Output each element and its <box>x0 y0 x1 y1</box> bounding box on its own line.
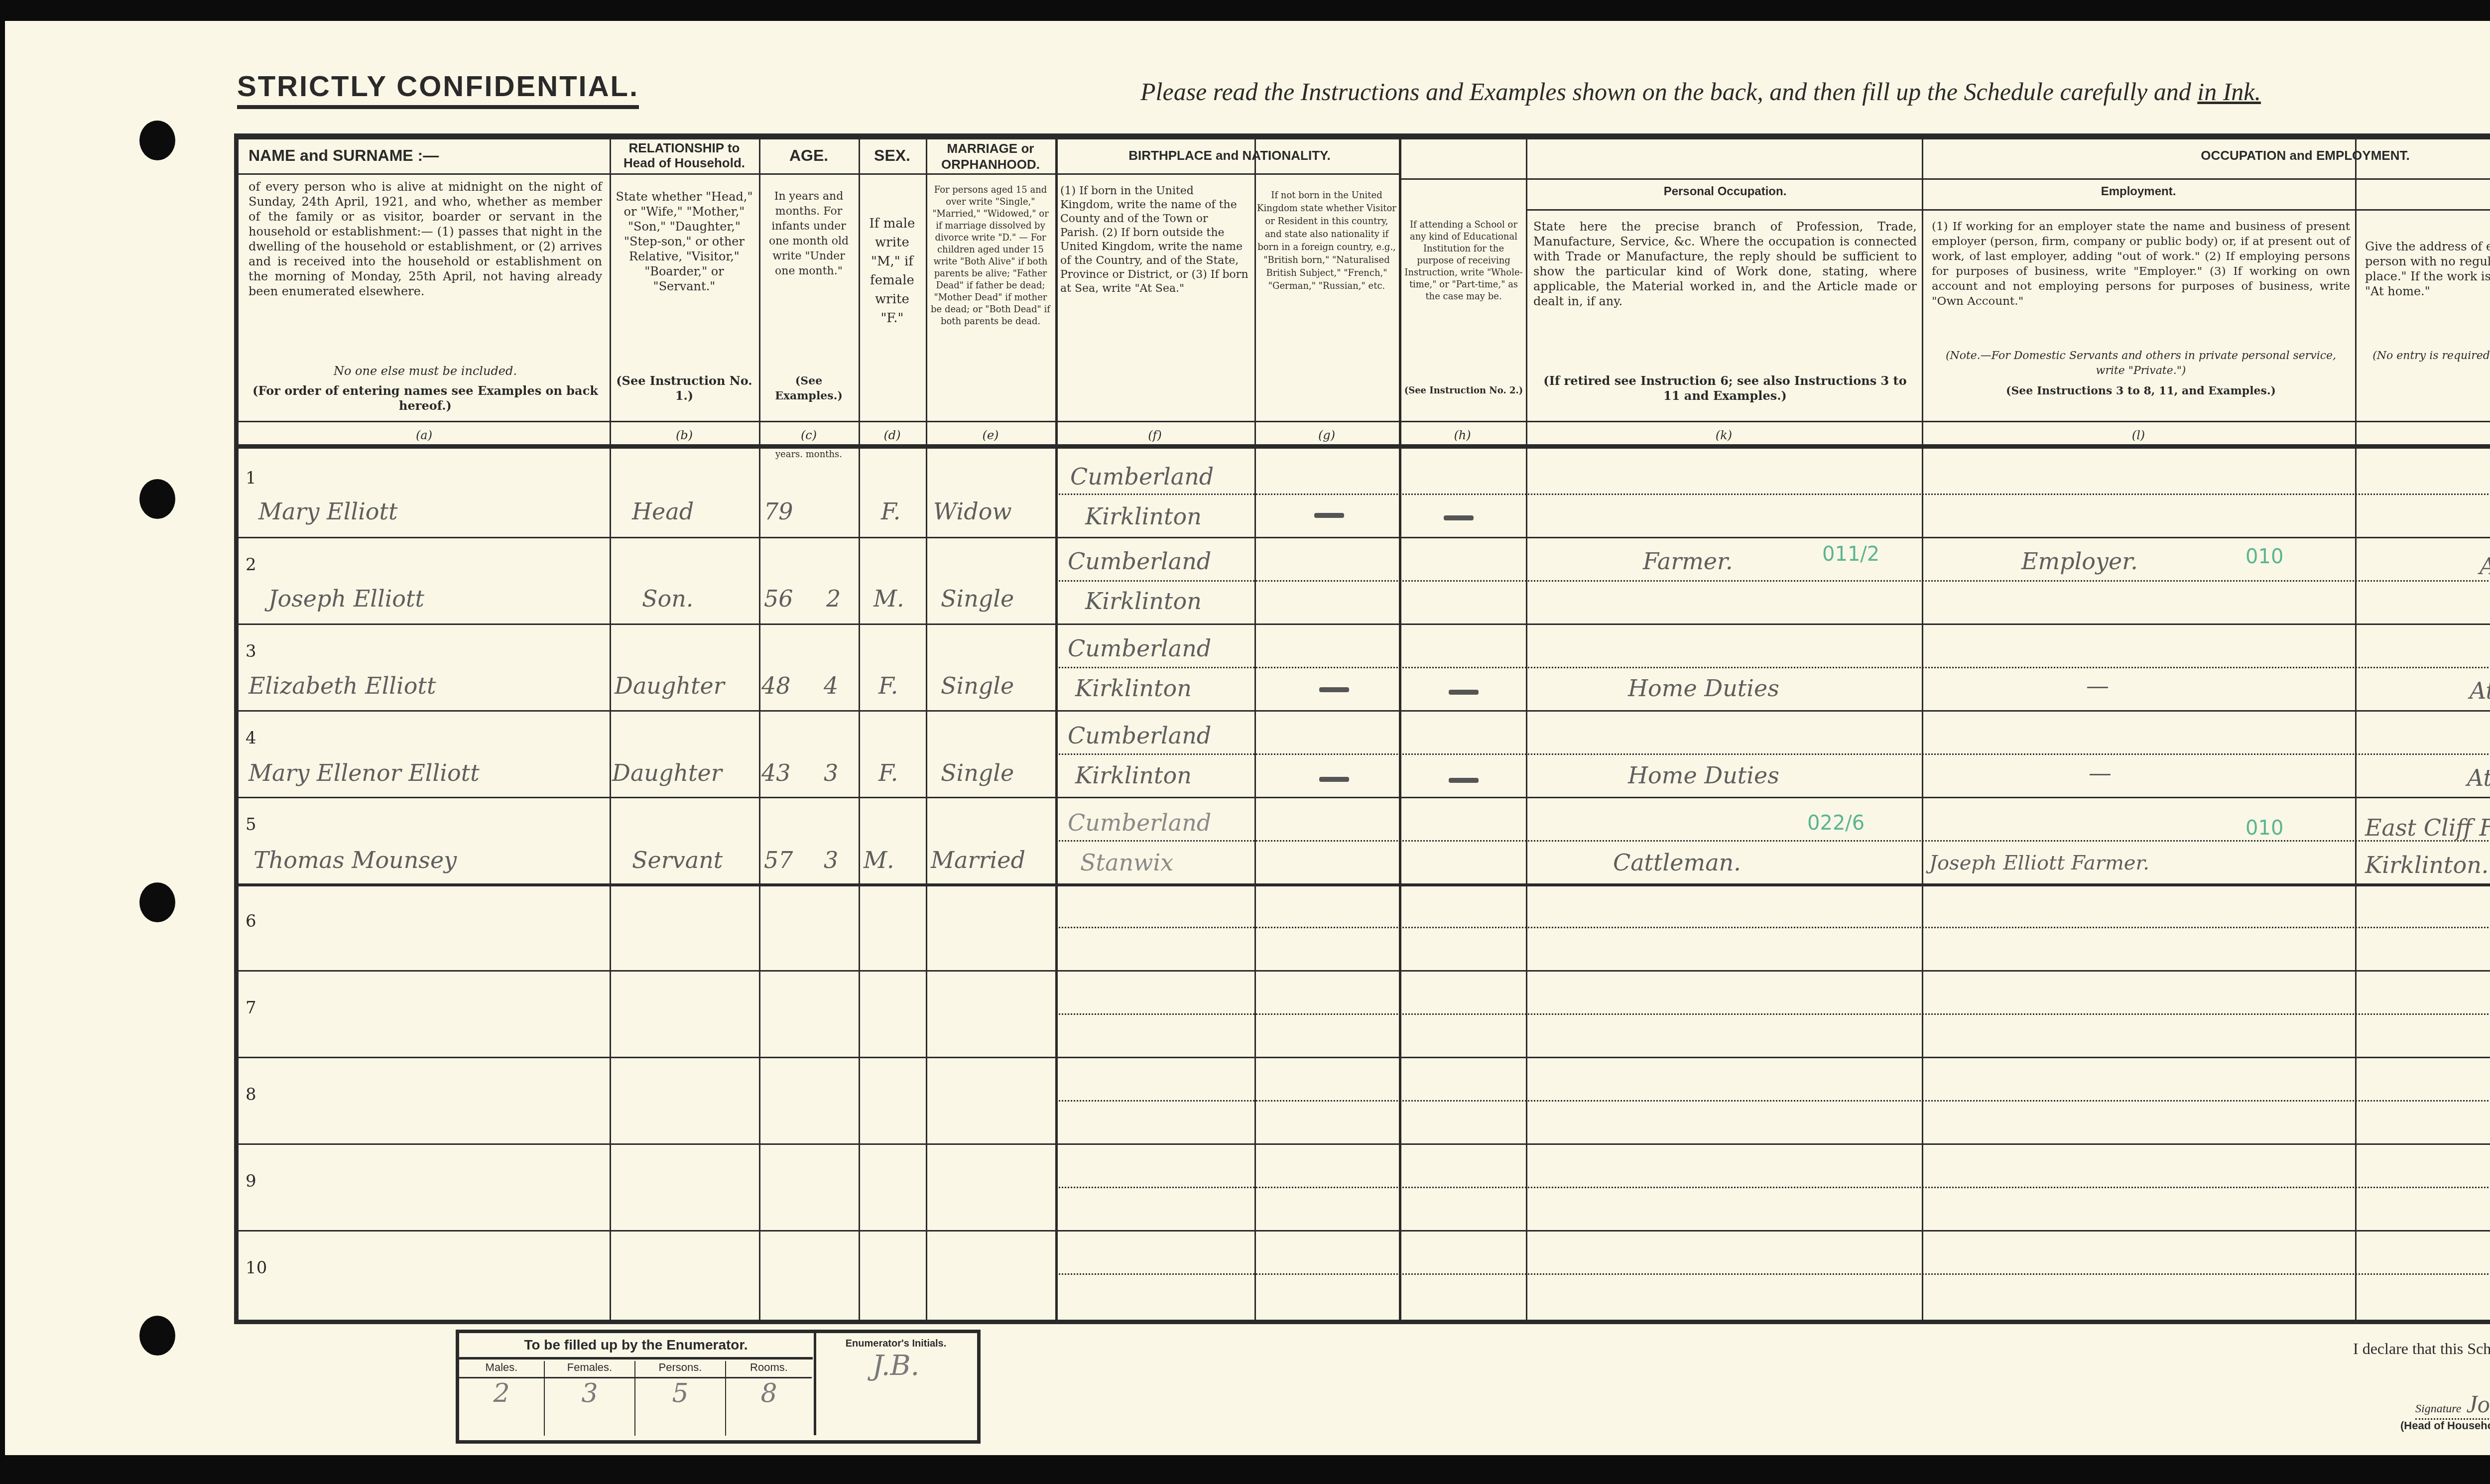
nationality-dash <box>1319 777 1349 782</box>
age-months-cell[interactable]: 2 <box>826 585 841 612</box>
declaration-text: I declare that this Schedule is correctl… <box>2353 1340 2490 1358</box>
col-divider <box>610 139 611 1320</box>
females-label: Females. <box>545 1361 634 1378</box>
instruction-ink: in Ink. <box>2197 78 2261 106</box>
nationality-dash <box>1314 513 1344 518</box>
punch-hole <box>139 882 175 922</box>
employment-code: 010 <box>2245 545 2283 568</box>
education-dash <box>1449 778 1479 783</box>
census-form-table: NAME and SURNAME :— of every person who … <box>234 133 2490 1324</box>
males-label: Males. <box>459 1361 544 1378</box>
rule <box>239 444 2490 449</box>
col-d-text: If male write "M," if female write "F." <box>864 214 921 328</box>
row-number: 10 <box>246 1258 267 1278</box>
row-rule <box>239 1057 2490 1058</box>
education-dash <box>1444 515 1474 520</box>
enumerator-summary-box: To be filled up by the Enumerator. Males… <box>456 1330 981 1444</box>
col-c-footer: (See Examples.) <box>764 373 854 403</box>
nationality-dash <box>1319 687 1349 692</box>
row-rule <box>239 1143 2490 1145</box>
birth-county-cell[interactable]: Cumberland <box>1068 548 1211 575</box>
row-rule <box>239 797 2490 798</box>
signature-caption: (Head of Household, Manager of Establish… <box>2400 1419 2490 1432</box>
age-years-cell[interactable]: 79 <box>764 498 793 525</box>
birth-county-cell[interactable]: Cumberland <box>1068 722 1211 749</box>
rule <box>1526 209 2490 211</box>
col-h-text: If attending a School or any kind of Edu… <box>1404 219 1523 303</box>
row-number: 3 <box>246 641 256 661</box>
col-b-footer: (See Instruction No. 1.) <box>615 373 754 403</box>
col-b-title: RELATIONSHIP to Head of Household. <box>612 140 756 170</box>
col-h-footer: (See Instruction No. 2.) <box>1404 383 1523 398</box>
col-divider <box>859 139 860 1320</box>
relationship-cell[interactable]: Head <box>632 498 694 525</box>
instruction-line: Please read the Instructions and Example… <box>1140 77 2261 106</box>
employment-code: 010 <box>2245 817 2283 840</box>
row-number: 9 <box>246 1171 256 1191</box>
sex-cell[interactable]: F. <box>878 759 898 786</box>
employment-cell[interactable]: — <box>2086 672 2109 699</box>
name-cell[interactable]: Mary Elliott <box>258 498 398 525</box>
col-e-text: For persons aged 15 and over write "Sing… <box>931 184 1050 328</box>
col-letter: (h) <box>1399 428 1526 442</box>
col-letter: (g) <box>1254 428 1399 442</box>
relationship-cell[interactable]: Daughter <box>612 759 722 786</box>
persons-cell: Persons. 5 <box>635 1361 726 1436</box>
name-cell[interactable]: Joseph Elliott <box>268 585 424 612</box>
punch-hole <box>139 1316 175 1356</box>
age-months-cell[interactable]: 4 <box>824 672 838 699</box>
col-b-text: State whether "Head," or "Wife," "Mother… <box>615 189 754 294</box>
signature-label: Signature <box>2415 1402 2461 1415</box>
col-letter: (b) <box>610 428 759 442</box>
col-letter: (l) <box>1922 428 2355 442</box>
row-mid-rule <box>1055 580 2490 582</box>
age-months-cell[interactable]: 3 <box>824 759 838 786</box>
col-letter: (e) <box>926 428 1055 442</box>
enumerator-box-header: To be filled up by the Enumerator. <box>459 1333 813 1360</box>
col-l-footer: (See Instructions 3 to 8, 11, and Exampl… <box>1932 383 2350 398</box>
row-mid-rule <box>1055 840 2490 842</box>
col-letter: (k) <box>1526 428 1922 442</box>
rooms-label: Rooms. <box>726 1361 812 1378</box>
col-m-title: Place of Work. <box>2360 189 2490 204</box>
col-a-title: NAME and SURNAME :— <box>249 146 439 164</box>
col-letter: (c) <box>759 428 859 442</box>
col-divider <box>1922 139 1923 1320</box>
punch-hole <box>139 121 175 160</box>
workplace-cell-2[interactable]: Kirklinton. <box>2365 852 2489 878</box>
marriage-cell[interactable]: Single <box>941 759 1014 786</box>
employment-cell[interactable]: Joseph Elliott Farmer. <box>1929 852 2149 874</box>
occupation-cell[interactable]: Home Duties <box>1628 675 1779 702</box>
birth-county-cell[interactable]: Cumberland <box>1068 635 1211 662</box>
sex-cell[interactable]: M. <box>864 847 894 873</box>
enumerator-initials-cell: Enumerator's Initials. J.B. <box>814 1333 976 1435</box>
row-rule <box>239 883 2490 886</box>
occupation-cell[interactable]: Cattleman. <box>1613 849 1741 876</box>
row-number: 1 <box>246 468 256 488</box>
name-cell[interactable]: Mary Ellenor Elliott <box>249 759 480 786</box>
relationship-cell[interactable]: Daughter <box>615 672 725 699</box>
birth-parish-cell[interactable]: Stanwix <box>1080 849 1173 876</box>
col-l-text: (1) If working for an employer state the… <box>1932 219 2350 309</box>
females-cell: Females. 3 <box>545 1361 635 1436</box>
col-k-title: Personal Occupation. <box>1533 184 1917 199</box>
row-mid-rule <box>1055 1187 2490 1188</box>
persons-value[interactable]: 5 <box>635 1378 725 1408</box>
occupation-code: 011/2 <box>1822 543 1879 566</box>
row-mid-rule <box>1055 927 2490 928</box>
col-a-footer: (For order of entering names see Example… <box>249 383 602 413</box>
rooms-cell: Rooms. 8 <box>726 1361 812 1436</box>
occupation-cell[interactable]: Home Duties <box>1628 762 1779 789</box>
rule <box>1399 178 2490 180</box>
col-g-text: If not born in the United Kingdom state … <box>1257 189 1396 293</box>
row-rule <box>239 710 2490 712</box>
rooms-value[interactable]: 8 <box>726 1378 812 1408</box>
row-number: 6 <box>246 911 256 931</box>
row-rule <box>239 1230 2490 1232</box>
row-mid-rule <box>1055 494 2490 495</box>
marriage-cell[interactable]: Married <box>931 847 1025 873</box>
col-d-title: SEX. <box>861 146 923 164</box>
row-number: 8 <box>246 1085 256 1105</box>
col-l-note: (Note.—For Domestic Servants and others … <box>1932 349 2350 378</box>
rule <box>1055 173 1399 175</box>
workplace-cell[interactable]: East Cliff Farm <box>2365 814 2490 841</box>
col-a-note: No one else must be included. <box>249 364 602 378</box>
birthplace-group-title: BIRTHPLACE and NATIONALITY. <box>1060 146 1399 164</box>
birth-parish-cell[interactable]: Kirklinton <box>1085 588 1202 615</box>
col-c-title: AGE. <box>761 146 856 164</box>
occupation-code: 022/6 <box>1807 812 1865 835</box>
col-m-note: (No entry is required for any person who… <box>2365 349 2490 378</box>
col-divider <box>1526 139 1527 1320</box>
row-number: 5 <box>246 815 256 835</box>
age-months-cell[interactable]: 3 <box>824 847 838 873</box>
age-subheader: years. months. <box>761 447 856 462</box>
age-years-cell[interactable]: 56 <box>764 585 793 612</box>
instruction-text: Please read the Instructions and Example… <box>1140 78 2197 106</box>
sex-cell[interactable]: F. <box>881 498 900 525</box>
name-cell[interactable]: Elizabeth Elliott <box>249 672 436 699</box>
col-divider <box>2355 139 2357 1320</box>
col-letter: (f) <box>1055 428 1254 442</box>
sex-cell[interactable]: M. <box>873 585 904 612</box>
col-letter: (m) <box>2355 428 2490 442</box>
persons-label: Persons. <box>635 1361 725 1378</box>
col-divider <box>926 139 927 1320</box>
punch-hole <box>139 479 175 519</box>
col-divider <box>1254 139 1256 1320</box>
row-rule <box>239 970 2490 972</box>
rule <box>239 421 2490 422</box>
col-f-text: (1) If born in the United Kingdom, write… <box>1060 184 1249 296</box>
birth-parish-cell[interactable]: Kirklinton <box>1085 503 1202 530</box>
row-number: 2 <box>246 555 256 575</box>
age-years-cell[interactable]: 57 <box>764 847 793 873</box>
employment-cell[interactable]: Employer. <box>2021 548 2138 575</box>
birth-county-cell[interactable]: Cumberland <box>1070 463 1214 490</box>
row-mid-rule <box>1055 1100 2490 1102</box>
initials-label: Enumerator's Initials. <box>816 1333 976 1350</box>
col-e-title: MARRIAGE or ORPHANHOOD. <box>928 140 1053 172</box>
initials-value[interactable]: J.B. <box>816 1350 976 1382</box>
age-years-cell[interactable]: 43 <box>761 759 791 786</box>
col-k-text: State here the precise branch of Profess… <box>1533 219 1917 309</box>
col-c-text: In years and months. For infants under o… <box>764 189 854 279</box>
education-dash <box>1449 690 1479 695</box>
occupation-cell[interactable]: Farmer. <box>1643 548 1733 575</box>
col-divider <box>1055 139 1058 1320</box>
col-m-text: Give the address of each person's place … <box>2365 239 2490 299</box>
marriage-cell[interactable]: Widow <box>933 498 1012 525</box>
col-a-text: of every person who is alive at midnight… <box>249 179 602 299</box>
col-k-footer: (If retired see Instruction 6; see also … <box>1533 373 1917 403</box>
age-years-cell[interactable]: 48 <box>761 672 791 699</box>
row-number: 4 <box>246 728 256 748</box>
col-letter: (d) <box>859 428 926 442</box>
name-cell[interactable]: Thomas Mounsey <box>253 847 457 873</box>
workplace-cell[interactable]: At Home. <box>2470 677 2490 704</box>
signature-line: SignatureJoseph Elliott <box>2415 1389 2490 1420</box>
workplace-cell[interactable]: At Home. <box>2480 553 2490 580</box>
row-mid-rule <box>1055 1013 2490 1015</box>
occupation-group-title: OCCUPATION and EMPLOYMENT. <box>1932 146 2490 164</box>
birth-county-cell[interactable]: Cumberland <box>1068 809 1211 836</box>
col-divider <box>759 139 760 1320</box>
relationship-cell[interactable]: Servant <box>632 847 723 873</box>
males-value[interactable]: 2 <box>459 1378 544 1408</box>
marriage-cell[interactable]: Single <box>941 585 1014 612</box>
birth-parish-cell[interactable]: Kirklinton <box>1075 762 1192 789</box>
row-mid-rule <box>1055 667 2490 668</box>
marriage-cell[interactable]: Single <box>941 672 1014 699</box>
col-l-title: Employment. <box>1927 184 2350 199</box>
males-cell: Males. 2 <box>459 1361 545 1436</box>
relationship-cell[interactable]: Son. <box>642 585 693 612</box>
birth-parish-cell[interactable]: Kirklinton <box>1075 675 1192 702</box>
sex-cell[interactable]: F. <box>878 672 898 699</box>
employment-cell[interactable]: — <box>2089 759 2112 786</box>
row-rule <box>239 623 2490 625</box>
row-mid-rule <box>1055 1273 2490 1275</box>
rule <box>239 173 1055 175</box>
col-divider <box>1399 139 1401 1320</box>
row-mid-rule <box>1055 753 2490 755</box>
signature-value[interactable]: Joseph Elliott <box>2466 1390 2490 1418</box>
workplace-cell[interactable]: At Home. <box>2467 764 2490 791</box>
row-number: 7 <box>246 998 256 1018</box>
confidential-heading: STRICTLY CONFIDENTIAL. <box>237 70 639 109</box>
col-letter: (a) <box>239 428 610 442</box>
row-rule <box>239 537 2490 538</box>
females-value[interactable]: 3 <box>545 1378 634 1408</box>
